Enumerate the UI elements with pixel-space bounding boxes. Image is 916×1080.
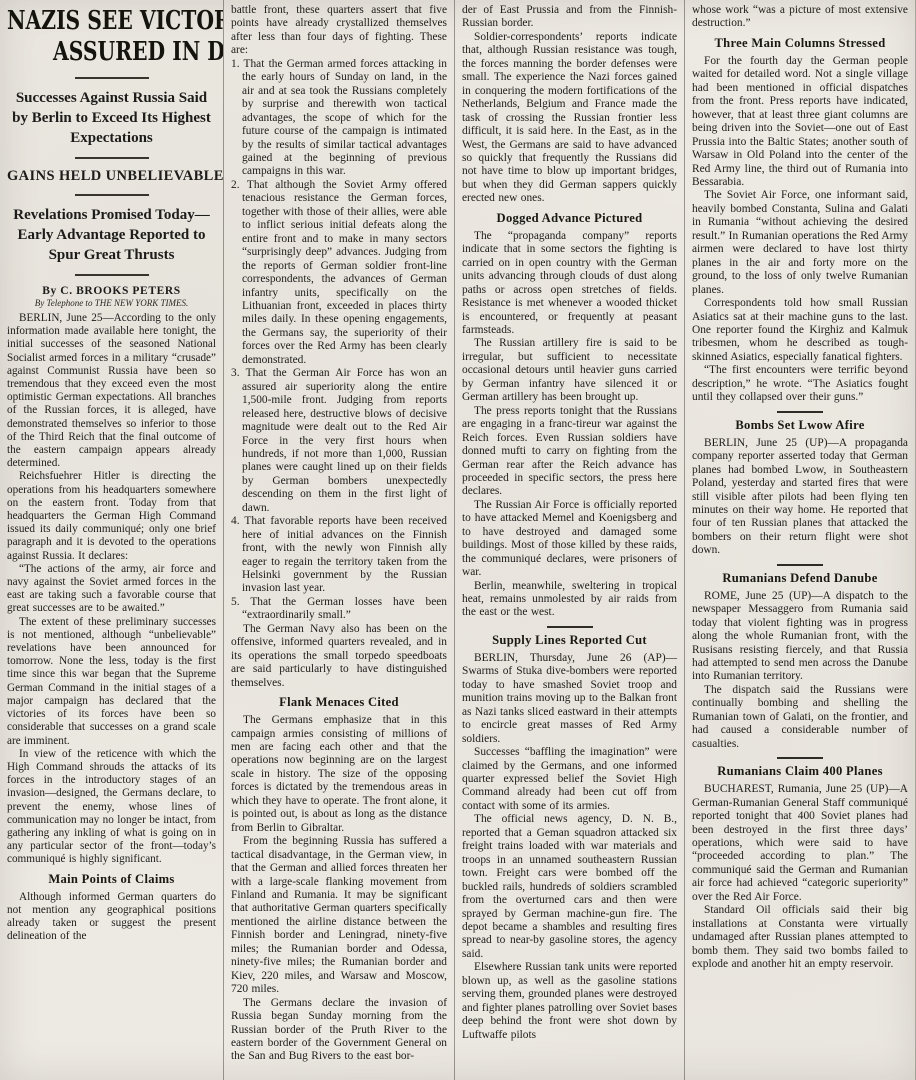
paragraph: BERLIN, June 25 (UP)—A propaganda compan… <box>692 437 908 558</box>
numbered-claim-1: 1. That the German armed forces attackin… <box>231 58 447 179</box>
paragraph: In view of the reticence with which the … <box>7 748 216 867</box>
column-4: whose work “was a picture of most extens… <box>685 0 916 1080</box>
section-rule <box>777 411 823 413</box>
paragraph: Elsewhere Russian tank units were report… <box>462 961 677 1042</box>
deck-heading-2: Revelations Promised Today— Early Advant… <box>7 205 216 265</box>
column-1-content: BERLIN, June 25—According to the only in… <box>7 312 216 943</box>
divider-rule <box>75 157 149 159</box>
section-rule <box>547 626 593 628</box>
section-heading: Dogged Advance Pictured <box>462 211 677 226</box>
headline-line-2: ASSURED IN DRIVE <box>53 37 216 68</box>
paragraph: Although informed German quarters do not… <box>7 891 216 944</box>
section-heading: Supply Lines Reported Cut <box>462 633 677 648</box>
paragraph: battle front, these quarters assert that… <box>231 4 447 58</box>
column-3-content: der of East Prussia and from the Finnish… <box>462 4 677 1042</box>
paragraph: The Russian Air Force is officially repo… <box>462 499 677 580</box>
headline-line-1: NAZIS SEE VICTORY <box>7 6 170 37</box>
paragraph: “The first encounters were terrific beyo… <box>692 364 908 404</box>
numbered-claim-5: 5. That the German losses have been “ext… <box>231 596 447 623</box>
column-3: der of East Prussia and from the Finnish… <box>455 0 685 1080</box>
divider-rule <box>75 274 149 276</box>
column-2-content: battle front, these quarters assert that… <box>231 4 447 1064</box>
column-2: battle front, these quarters assert that… <box>224 0 455 1080</box>
paragraph: der of East Prussia and from the Finnish… <box>462 4 677 31</box>
paragraph: The extent of these preliminary successe… <box>7 616 216 748</box>
byline: By C. BROOKS PETERS <box>7 285 216 297</box>
section-rule <box>777 757 823 759</box>
column-1: NAZIS SEE VICTORY ASSURED IN DRIVE Succe… <box>0 0 224 1080</box>
paragraph: “The actions of the army, air force and … <box>7 563 216 616</box>
paragraph: The Russian artillery fire is said to be… <box>462 337 677 404</box>
section-heading: Main Points of Claims <box>7 872 216 887</box>
paragraph: The dispatch said the Russians were cont… <box>692 684 908 751</box>
paragraph: The “propaganda company” reports indicat… <box>462 230 677 338</box>
paragraph: BERLIN, June 25—According to the only in… <box>7 312 216 470</box>
section-heading: Bombs Set Lwow Afire <box>692 418 908 433</box>
divider-rule <box>75 77 149 79</box>
bank-heading: GAINS HELD UNBELIEVABLE <box>7 168 216 185</box>
paragraph: BUCHAREST, Rumania, June 25 (UP)—A Germa… <box>692 783 908 904</box>
column-4-content: whose work “was a picture of most extens… <box>692 4 908 972</box>
newspaper-page: NAZIS SEE VICTORY ASSURED IN DRIVE Succe… <box>0 0 916 1080</box>
numbered-claim-4: 4. That favorable reports have been rece… <box>231 515 447 596</box>
paragraph: For the fourth day the German people wai… <box>692 55 908 190</box>
section-heading: Flank Menaces Cited <box>231 695 447 710</box>
paragraph: Correspondents told how small Russian As… <box>692 297 908 364</box>
wire-credit: By Telephone to THE NEW YORK TIMES. <box>7 298 216 308</box>
section-heading: Rumanians Claim 400 Planes <box>692 764 908 779</box>
paragraph: The Germans declare the invasion of Russ… <box>231 997 447 1064</box>
paragraph: Berlin, meanwhile, sweltering in tropica… <box>462 580 677 620</box>
paragraph: From the beginning Russia has suffered a… <box>231 835 447 996</box>
paragraph: The Soviet Air Force, one informant said… <box>692 189 908 297</box>
paragraph: Standard Oil officials said their big in… <box>692 904 908 971</box>
section-heading: Three Main Columns Stressed <box>692 36 908 51</box>
numbered-claim-2: 2. That although the Soviet Army offered… <box>231 179 447 367</box>
paragraph: The official news agency, D. N. B., repo… <box>462 813 677 961</box>
paragraph: whose work “was a picture of most extens… <box>692 4 908 31</box>
paragraph: ROME, June 25 (UP)—A dispatch to the new… <box>692 590 908 684</box>
paragraph: Soldier-correspondents’ reports indicate… <box>462 31 677 206</box>
divider-rule <box>75 194 149 196</box>
paragraph: Reichsfuehrer Hitler is directing the op… <box>7 470 216 562</box>
section-heading: Rumanians Defend Danube <box>692 571 908 586</box>
paragraph: Successes “baffling the imagination” wer… <box>462 746 677 813</box>
paragraph: The German Navy also has been on the off… <box>231 623 447 690</box>
headline: NAZIS SEE VICTORY ASSURED IN DRIVE <box>7 6 216 68</box>
paragraph: The Germans emphasize that in this campa… <box>231 714 447 835</box>
deck-heading: Successes Against Russia Said by Berlin … <box>7 88 216 148</box>
paragraph: The press reports tonight that the Russi… <box>462 405 677 499</box>
numbered-claim-3: 3. That the German Air Force has won an … <box>231 367 447 515</box>
section-rule <box>777 564 823 566</box>
paragraph: BERLIN, Thursday, June 26 (AP)—Swarms of… <box>462 652 677 746</box>
